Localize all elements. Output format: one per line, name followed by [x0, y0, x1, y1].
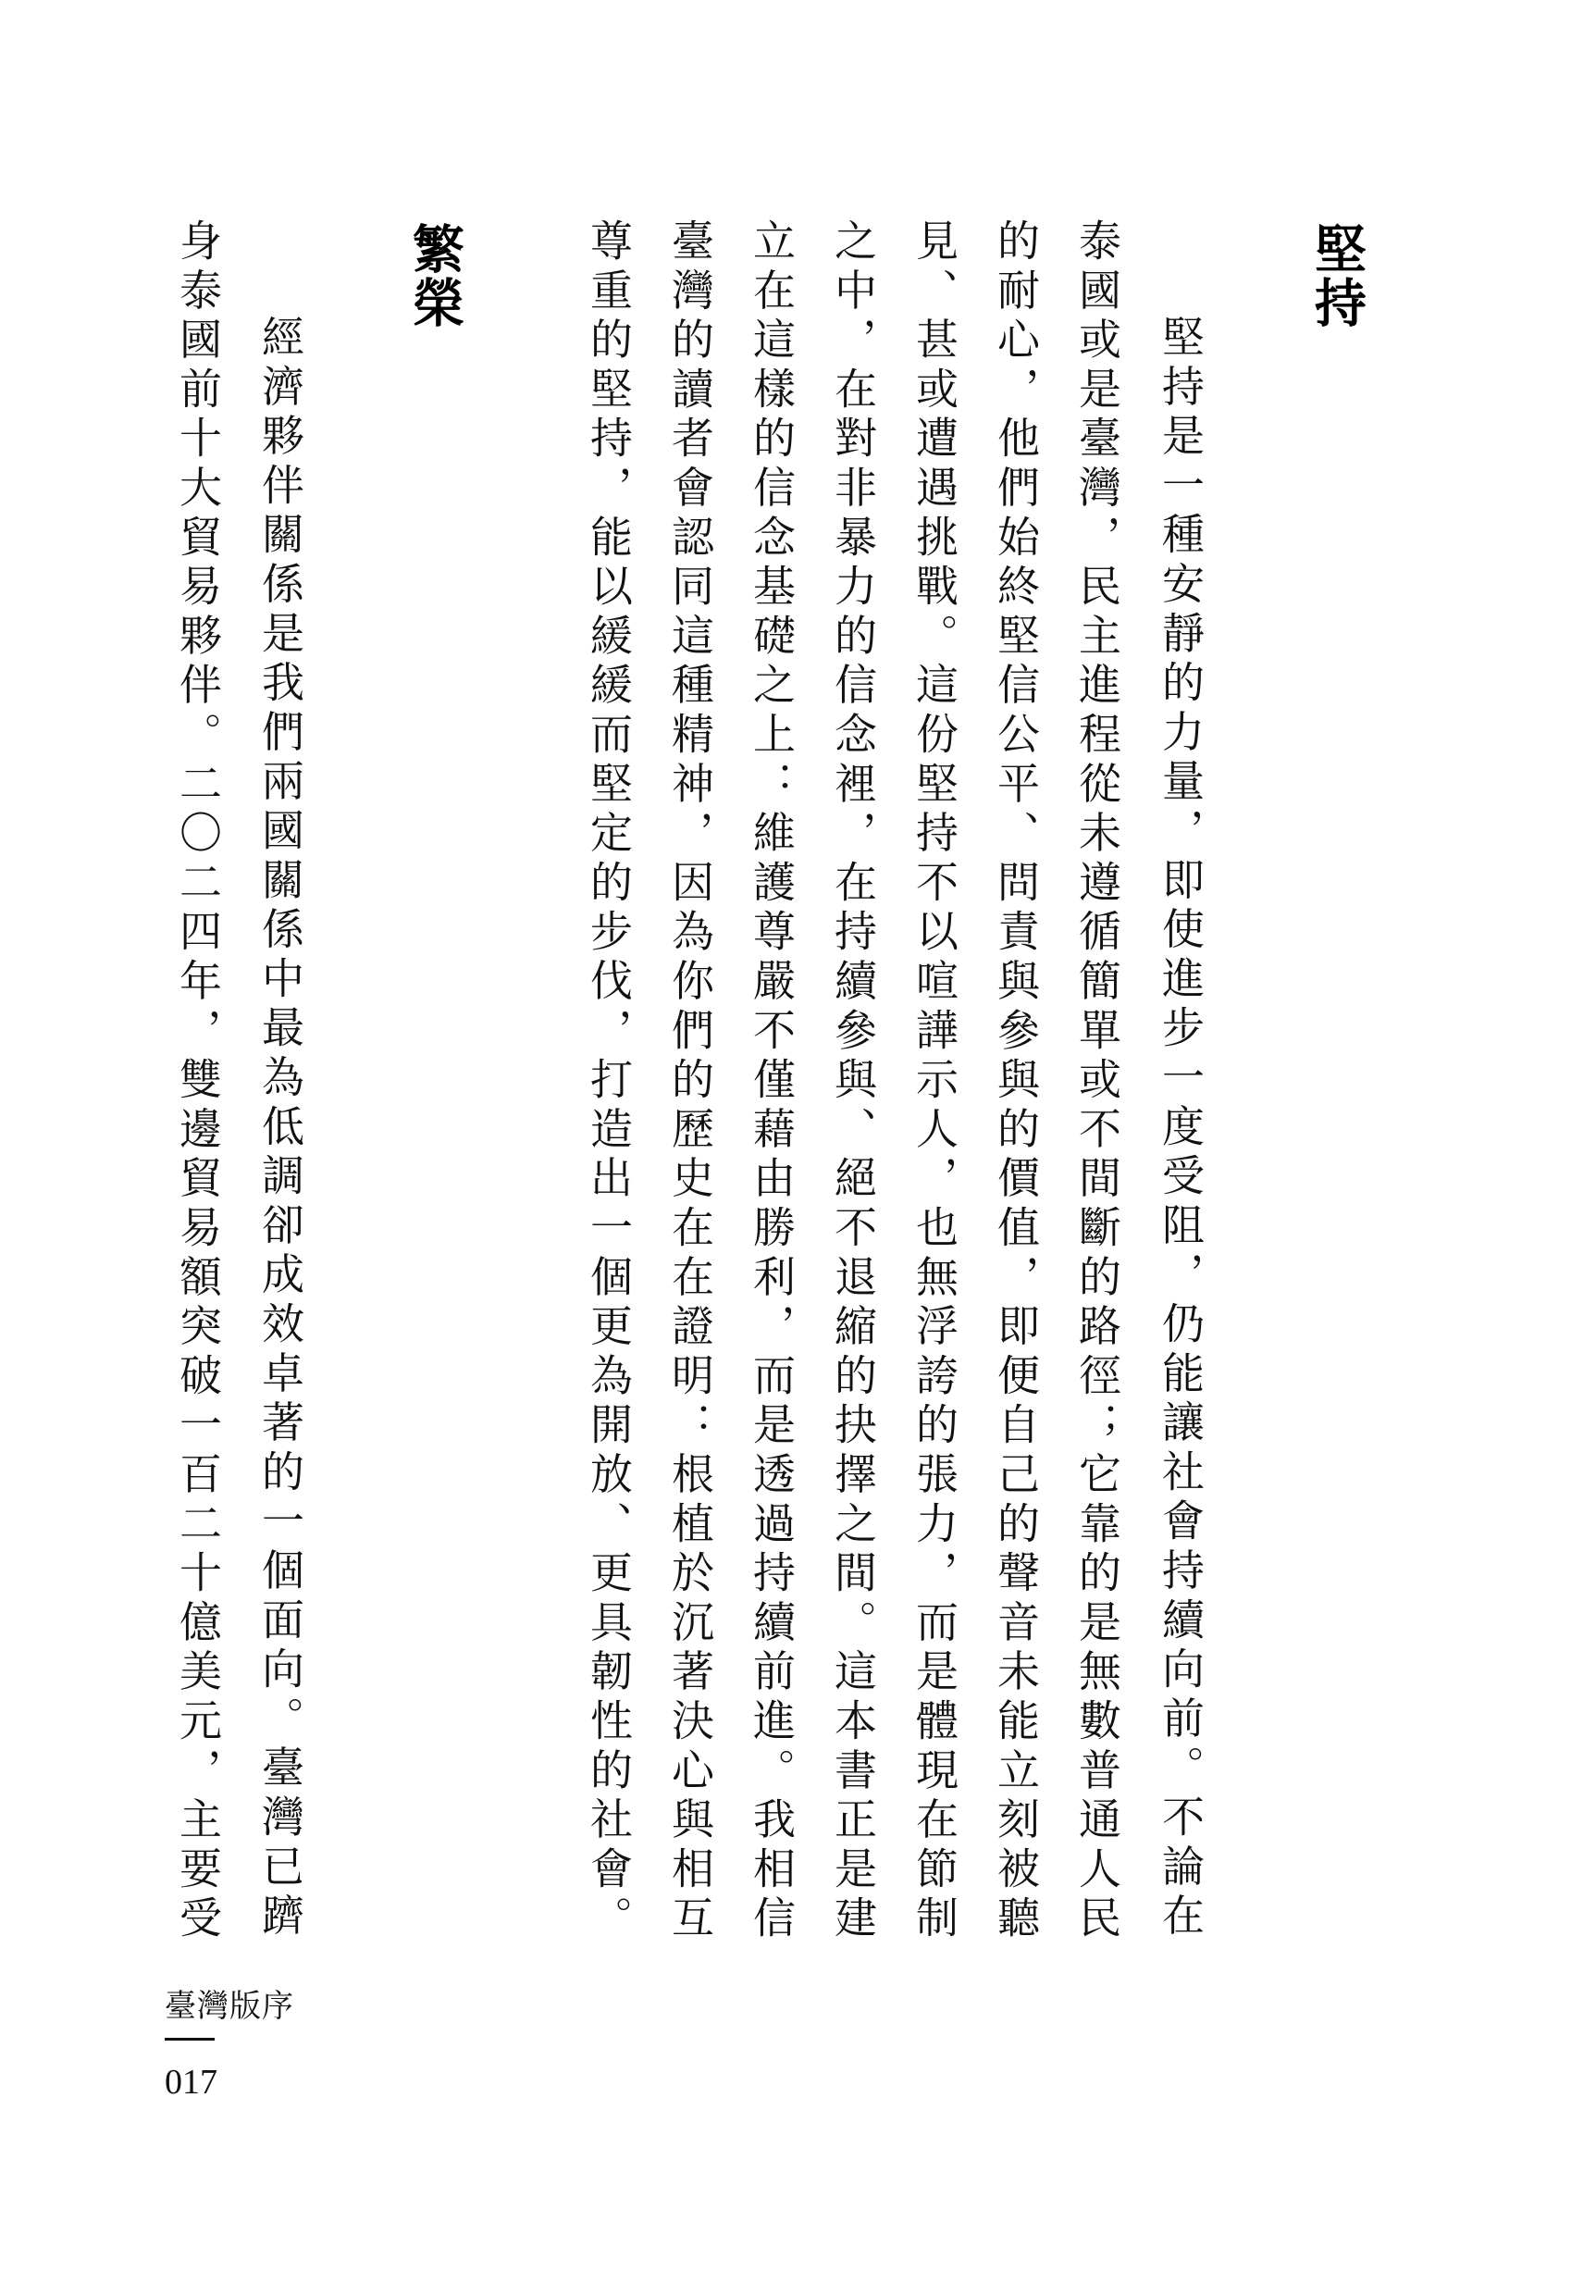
paragraph-column: 見、甚或遭遇挑戰。這份堅持不以喧譁示人，也無浮誇的張力，而是體現在節制 — [910, 218, 959, 1945]
running-footer-title: 臺灣版序 — [165, 1980, 294, 2026]
section-heading-prosperity: 繁榮 — [407, 222, 463, 329]
footer-divider — [165, 2038, 215, 2041]
paragraph-column: 堅持是一種安靜的力量，即使進步一度受阻，仍能讓社會持續向前。不論在 — [1157, 315, 1205, 1942]
paragraph-column: 之中，在對非暴力的信念裡，在持續參與、絕不退縮的抉擇之間。這本書正是建 — [829, 218, 877, 1945]
paragraph-column: 經濟夥伴關係是我們兩國關係中最為低調卻成效卓著的一個面向。臺灣已躋 — [256, 315, 304, 1942]
section-heading-perseverance: 堅持 — [1309, 222, 1365, 329]
paragraph-column: 泰國或是臺灣，民主進程從未遵循簡單或不間斷的路徑；它靠的是無數普通人民 — [1073, 218, 1121, 1945]
paragraph-column: 的耐心，他們始終堅信公平、問責與參與的價值，即便自己的聲音未能立刻被聽 — [992, 218, 1040, 1945]
paragraph-column: 立在這樣的信念基礎之上：維護尊嚴不僅藉由勝利，而是透過持續前進。我相信 — [748, 218, 796, 1945]
book-page: 堅持 堅持是一種安靜的力量，即使進步一度受阻，仍能讓社會持續向前。不論在 泰國或… — [0, 0, 1596, 2296]
page-number: 017 — [165, 2062, 217, 2103]
paragraph-column: 臺灣的讀者會認同這種精神，因為你們的歷史在在證明：根植於沉著決心與相互 — [666, 218, 714, 1945]
paragraph-column: 身泰國前十大貿易夥伴。二〇二四年，雙邊貿易額突破一百二十億美元，主要受 — [174, 218, 222, 1945]
paragraph-column: 尊重的堅持，能以緩緩而堅定的步伐，打造出一個更為開放、更具韌性的社會。 — [585, 218, 633, 1945]
